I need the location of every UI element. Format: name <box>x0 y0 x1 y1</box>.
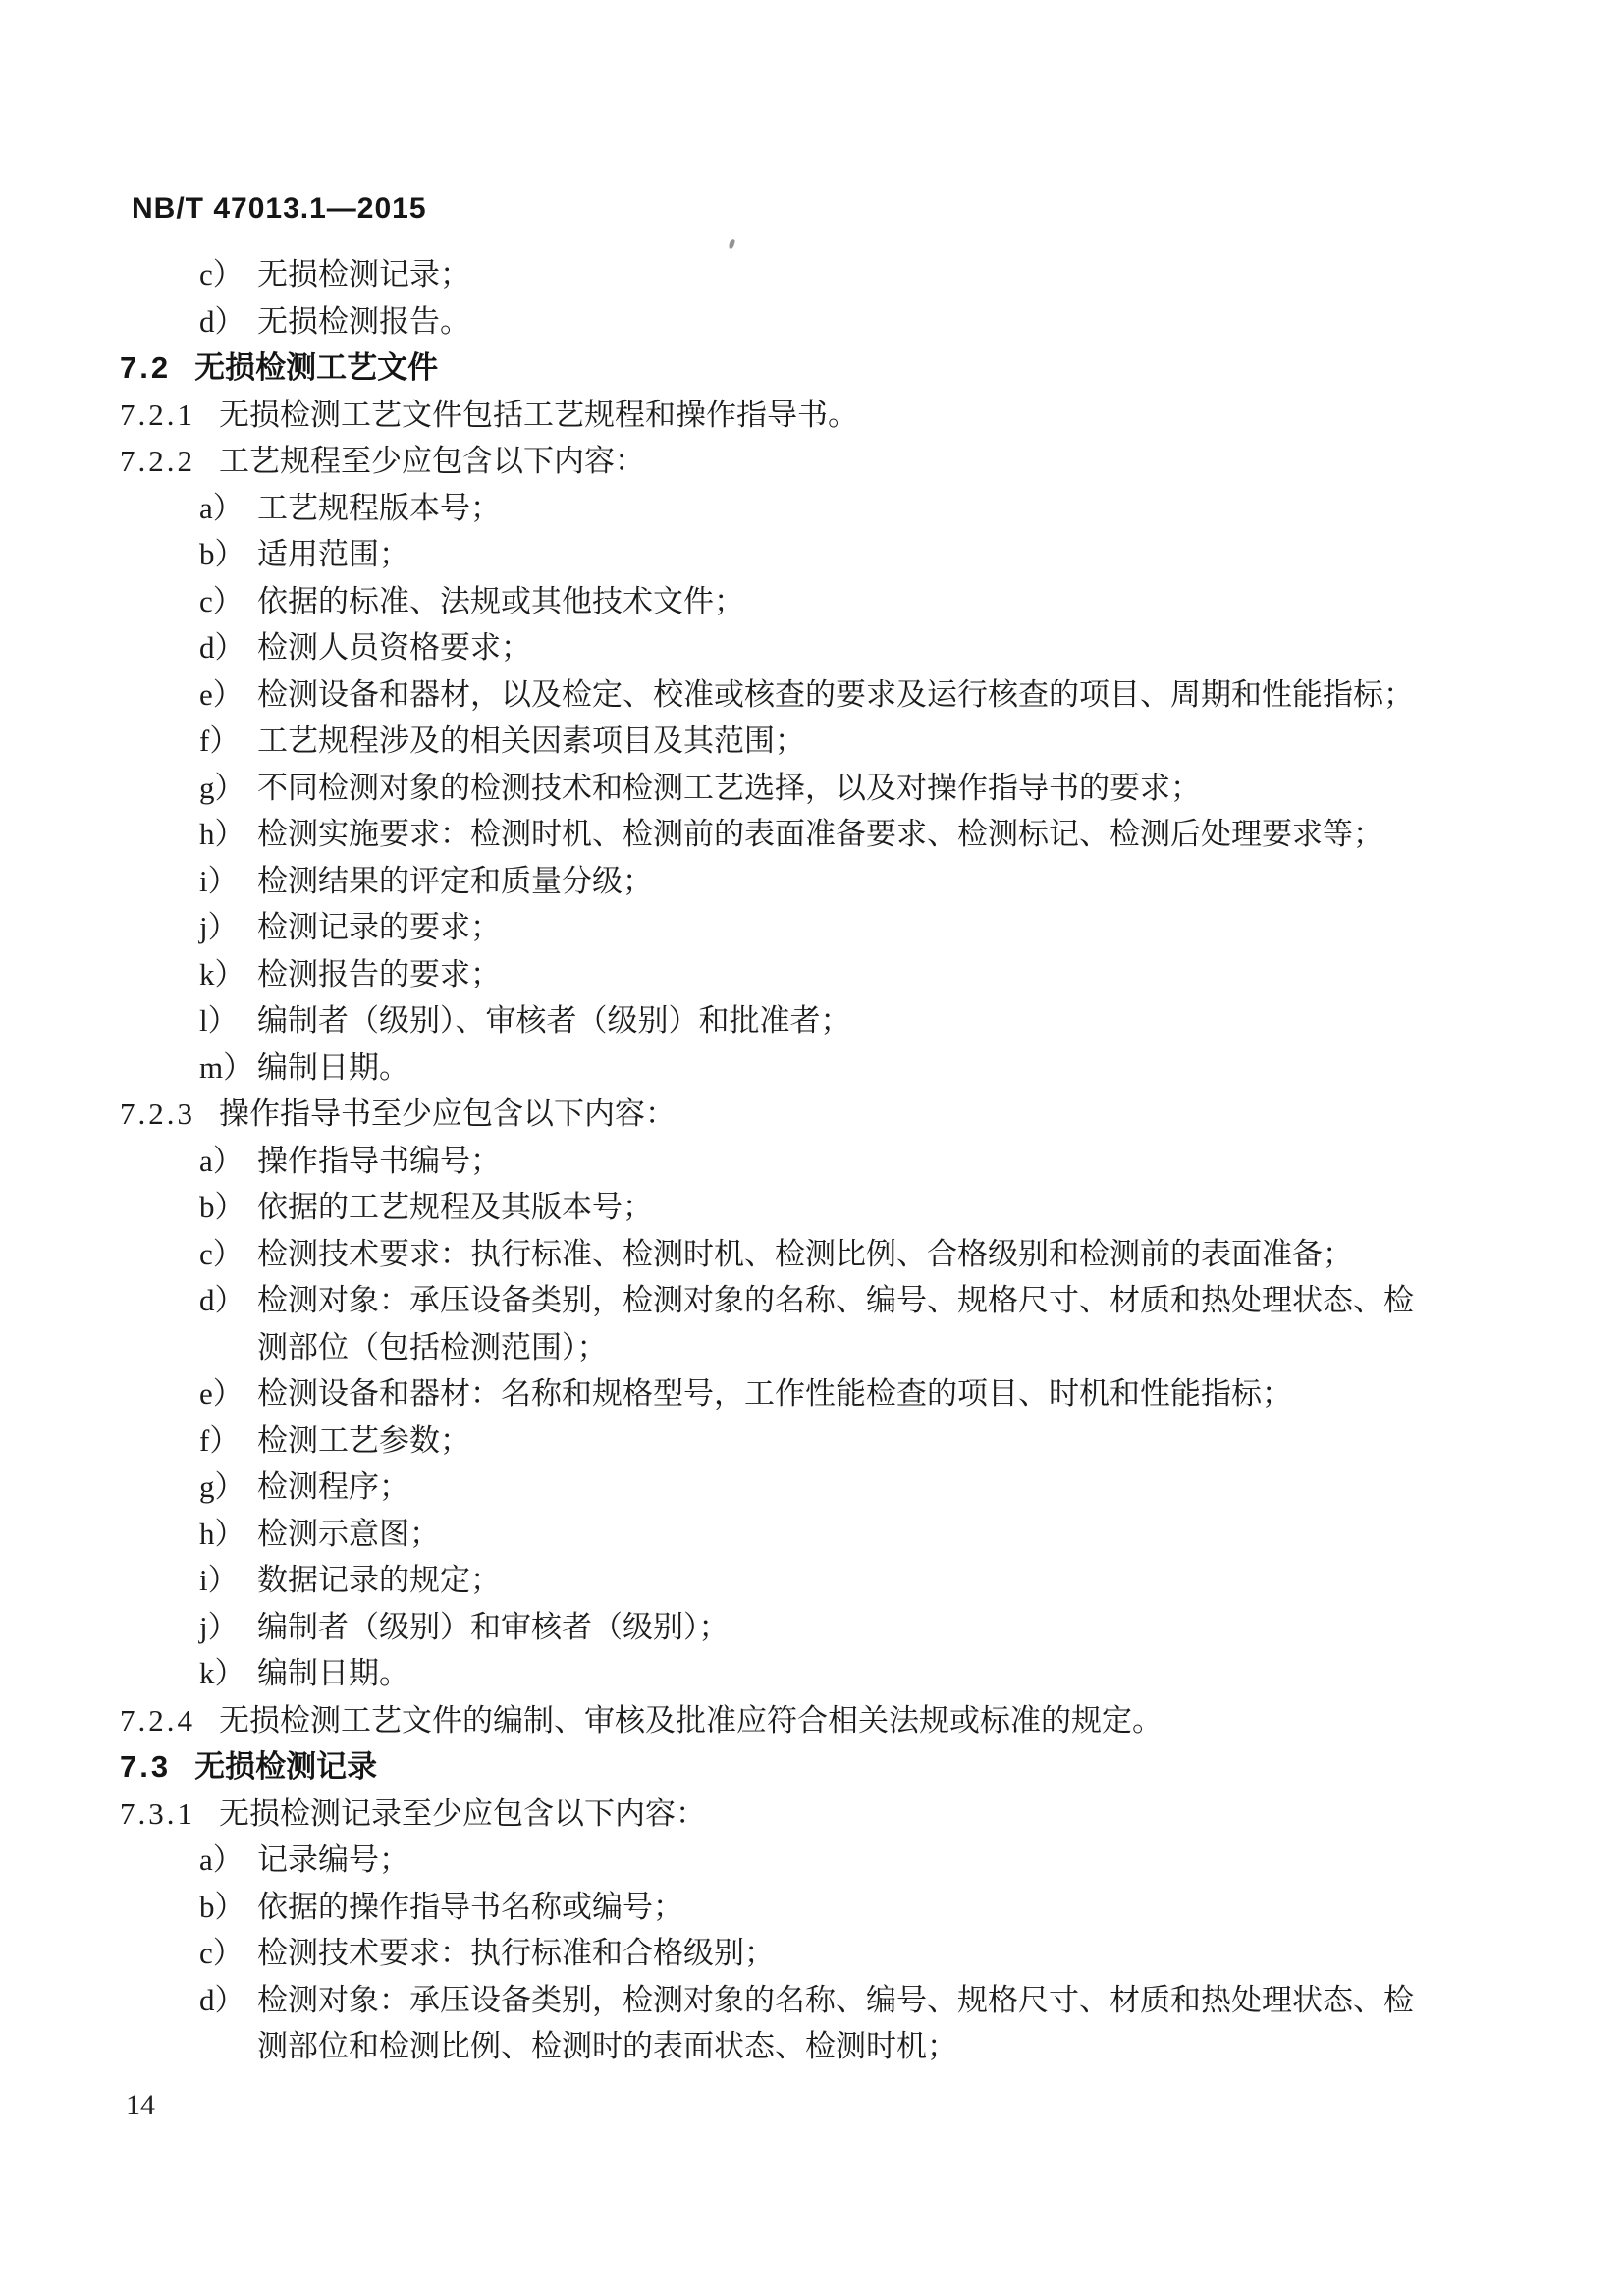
clause-text: 工艺规程至少应包含以下内容： <box>219 438 645 485</box>
clause-number: 7.2.4 <box>120 1697 195 1744</box>
clause-number: 7.3.1 <box>120 1790 195 1838</box>
item-label: j） <box>199 904 257 951</box>
item-text: 检测设备和器材，以及检定、校准或核查的要求及运行核查的项目、周期和性能指标； <box>257 671 1414 719</box>
item-label: j） <box>199 1604 257 1651</box>
list-item: k）编制日期。 <box>120 1650 1543 1697</box>
clause-number: 7.2 <box>120 345 171 392</box>
list-item: d）无损检测报告。 <box>120 298 1543 346</box>
item-text: 检测程序； <box>257 1464 409 1511</box>
list-item: h）检测实施要求：检测时机、检测前的表面准备要求、检测标记、检测后处理要求等； <box>120 811 1543 858</box>
item-text: 检测记录的要求； <box>257 904 501 951</box>
clause-text: 无损检测工艺文件的编制、审核及批准应符合相关法规或标准的规定。 <box>219 1697 1163 1744</box>
list-item: j）编制者（级别）和审核者（级别）； <box>120 1604 1543 1651</box>
item-label: l） <box>199 997 257 1044</box>
list-item: e）检测设备和器材，以及检定、校准或核查的要求及运行核查的项目、周期和性能指标； <box>120 671 1543 719</box>
list-item: b）依据的操作指导书名称或编号； <box>120 1884 1543 1931</box>
item-label: e） <box>199 1370 257 1417</box>
list-item: c）依据的标准、法规或其他技术文件； <box>120 578 1543 625</box>
item-label: d） <box>199 298 257 346</box>
list-item: h）检测示意图； <box>120 1511 1543 1558</box>
item-text: 记录编号； <box>257 1837 409 1884</box>
scan-artifact <box>728 238 735 249</box>
item-text: 编制日期。 <box>257 1650 409 1697</box>
item-text: 不同检测对象的检测技术和检测工艺选择，以及对操作指导书的要求； <box>257 765 1201 812</box>
clause-number: 7.2.1 <box>120 392 195 439</box>
item-text: 检测对象：承压设备类别，检测对象的名称、编号、规格尺寸、材质和热处理状态、检测部… <box>257 1977 1418 2070</box>
item-label: k） <box>199 951 257 998</box>
item-text: 检测技术要求：执行标准和合格级别； <box>257 1930 775 1977</box>
list-item: a）记录编号； <box>120 1837 1543 1884</box>
item-text: 检测技术要求：执行标准、检测时机、检测比例、合格级别和检测前的表面准备； <box>257 1231 1353 1278</box>
clause-text: 无损检测记录 <box>194 1743 377 1790</box>
item-label: b） <box>199 531 257 578</box>
item-text: 检测实施要求：检测时机、检测前的表面准备要求、检测标记、检测后处理要求等； <box>257 811 1383 858</box>
list-item: j）检测记录的要求； <box>120 904 1543 951</box>
item-text: 操作指导书编号； <box>257 1138 501 1185</box>
item-label: c） <box>199 1930 257 1977</box>
item-label: a） <box>199 1138 257 1185</box>
item-text: 检测人员资格要求； <box>257 624 531 671</box>
clause-text: 操作指导书至少应包含以下内容： <box>219 1091 676 1138</box>
list-item: d）检测人员资格要求； <box>120 624 1543 671</box>
standard-number-header: NB/T 47013.1—2015 <box>132 192 427 226</box>
clause-line: 7.2.3操作指导书至少应包含以下内容： <box>120 1091 1543 1138</box>
item-text: 编制者（级别）、审核者（级别）和批准者； <box>257 997 851 1044</box>
clause-text: 无损检测工艺文件包括工艺规程和操作指导书。 <box>219 392 858 439</box>
clause-number: 7.3 <box>120 1743 171 1790</box>
item-label: f） <box>199 718 257 765</box>
list-item: e）检测设备和器材：名称和规格型号，工作性能检查的项目、时机和性能指标； <box>120 1370 1543 1417</box>
item-text: 适用范围； <box>257 531 409 578</box>
item-label: d） <box>199 1277 257 1324</box>
item-text: 检测结果的评定和质量分级； <box>257 858 653 905</box>
item-text: 检测工艺参数； <box>257 1417 470 1465</box>
list-item: c）检测技术要求：执行标准、检测时机、检测比例、合格级别和检测前的表面准备； <box>120 1231 1543 1278</box>
item-text: 依据的标准、法规或其他技术文件； <box>257 578 744 625</box>
item-label: k） <box>199 1650 257 1697</box>
list-item: i）检测结果的评定和质量分级； <box>120 858 1543 905</box>
item-label: d） <box>199 624 257 671</box>
list-item: a）工艺规程版本号； <box>120 485 1543 532</box>
item-text: 无损检测记录； <box>257 251 470 298</box>
list-item: a）操作指导书编号； <box>120 1138 1543 1185</box>
section-heading: 7.2无损检测工艺文件 <box>120 345 1543 392</box>
item-text: 检测示意图； <box>257 1511 440 1558</box>
item-label: c） <box>199 251 257 298</box>
item-text: 工艺规程涉及的相关因素项目及其范围； <box>257 718 805 765</box>
list-item: f）工艺规程涉及的相关因素项目及其范围； <box>120 718 1543 765</box>
clause-number: 7.2.3 <box>120 1091 195 1138</box>
item-text: 工艺规程版本号； <box>257 485 501 532</box>
list-item: g）检测程序； <box>120 1464 1543 1511</box>
item-label: g） <box>199 765 257 812</box>
list-item: g）不同检测对象的检测技术和检测工艺选择，以及对操作指导书的要求； <box>120 765 1543 812</box>
item-text: 编制日期。 <box>257 1044 409 1092</box>
clause-line: 7.2.1无损检测工艺文件包括工艺规程和操作指导书。 <box>120 392 1543 439</box>
item-text: 数据记录的规定； <box>257 1557 501 1604</box>
item-label: i） <box>199 858 257 905</box>
list-item: c）检测技术要求：执行标准和合格级别； <box>120 1930 1543 1977</box>
list-item: f）检测工艺参数； <box>120 1417 1543 1465</box>
item-label: e） <box>199 671 257 719</box>
item-text: 编制者（级别）和审核者（级别）； <box>257 1604 730 1651</box>
list-item: k）检测报告的要求； <box>120 951 1543 998</box>
item-label: i） <box>199 1557 257 1604</box>
clause-text: 无损检测记录至少应包含以下内容： <box>219 1790 706 1838</box>
item-text: 依据的操作指导书名称或编号； <box>257 1884 683 1931</box>
item-text: 检测设备和器材：名称和规格型号，工作性能检查的项目、时机和性能指标； <box>257 1370 1292 1417</box>
clause-line: 7.2.2工艺规程至少应包含以下内容： <box>120 438 1543 485</box>
list-item: b）依据的工艺规程及其版本号； <box>120 1184 1543 1231</box>
document-page: NB/T 47013.1—2015 c）无损检测记录；d）无损检测报告。7.2无… <box>0 0 1624 2296</box>
item-label: d） <box>199 1977 257 2024</box>
item-label: b） <box>199 1884 257 1931</box>
item-text: 检测报告的要求； <box>257 951 501 998</box>
clause-line: 7.2.4无损检测工艺文件的编制、审核及批准应符合相关法规或标准的规定。 <box>120 1697 1543 1744</box>
item-label: c） <box>199 1231 257 1278</box>
document-body: c）无损检测记录；d）无损检测报告。7.2无损检测工艺文件7.2.1无损检测工艺… <box>120 251 1543 2070</box>
list-item: c）无损检测记录； <box>120 251 1543 298</box>
item-label: c） <box>199 578 257 625</box>
item-label: a） <box>199 1837 257 1884</box>
item-text: 依据的工艺规程及其版本号； <box>257 1184 653 1231</box>
list-item: i）数据记录的规定； <box>120 1557 1543 1604</box>
page-number: 14 <box>126 2089 155 2122</box>
list-item: d）检测对象：承压设备类别，检测对象的名称、编号、规格尺寸、材质和热处理状态、检… <box>120 1977 1543 2070</box>
item-label: h） <box>199 811 257 858</box>
section-heading: 7.3无损检测记录 <box>120 1743 1543 1790</box>
item-text: 无损检测报告。 <box>257 298 470 346</box>
item-label: b） <box>199 1184 257 1231</box>
item-text: 检测对象：承压设备类别，检测对象的名称、编号、规格尺寸、材质和热处理状态、检测部… <box>257 1277 1418 1370</box>
clause-text: 无损检测工艺文件 <box>194 345 438 392</box>
item-label: f） <box>199 1417 257 1465</box>
clause-number: 7.2.2 <box>120 438 195 485</box>
item-label: h） <box>199 1511 257 1558</box>
clause-line: 7.3.1无损检测记录至少应包含以下内容： <box>120 1790 1543 1838</box>
list-item: m）编制日期。 <box>120 1044 1543 1092</box>
item-label: a） <box>199 485 257 532</box>
list-item: d）检测对象：承压设备类别，检测对象的名称、编号、规格尺寸、材质和热处理状态、检… <box>120 1277 1543 1370</box>
item-label: g） <box>199 1464 257 1511</box>
list-item: b）适用范围； <box>120 531 1543 578</box>
list-item: l）编制者（级别）、审核者（级别）和批准者； <box>120 997 1543 1044</box>
item-label: m） <box>199 1044 257 1092</box>
